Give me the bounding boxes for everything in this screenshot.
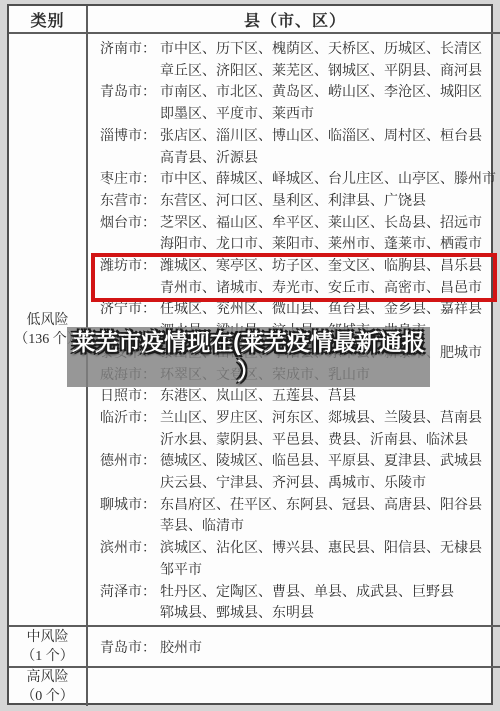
city-name: 德州市：	[100, 451, 160, 494]
city-row-heze: 菏泽市： 牡丹区、定陶区、曹县、单县、成武县、巨野县郓城县、鄄城县、东明县	[100, 582, 496, 625]
low-risk-label: 低风险	[27, 311, 69, 330]
district-line: 任城区、兖州区、微山县、鱼台县、金乡县、嘉祥县	[160, 299, 496, 321]
district-line: 章丘区、济阳区、莱芜区、钢城区、平阴县、商河县	[160, 61, 496, 83]
city-name: 枣庄市：	[100, 169, 160, 191]
city-name: 淄博市：	[100, 126, 160, 169]
district-line: 滨城区、沾化区、博兴县、惠民县、阳信县、无棣县	[160, 538, 496, 560]
district-line: 庆云县、宁津县、齐河县、禹城市、乐陵市	[160, 473, 496, 495]
city-row-zibo: 淄博市： 张店区、淄川区、博山区、临淄区、周村区、桓台县高青县、沂源县	[100, 126, 496, 169]
medium-risk-label: 中风险	[27, 628, 69, 647]
high-risk-label-cell: 高风险 （0 个）	[9, 668, 88, 706]
medium-risk-region-cell: 青岛市： 胶州市	[88, 627, 500, 668]
high-risk-label: 高风险	[27, 668, 69, 687]
district-line: 兰山区、罗庄区、河东区、郯城县、兰陵县、莒南县	[160, 408, 496, 430]
watermark-title-line1: 莱芜市疫情现在(莱芜疫情最新通报	[72, 328, 425, 357]
header-category: 类别	[9, 6, 88, 34]
medium-risk-label-cell: 中风险 （1 个）	[9, 627, 88, 668]
city-name: 临沂市：	[100, 408, 160, 451]
district-line: 高青县、沂源县	[160, 148, 496, 170]
header-category-label: 类别	[30, 8, 64, 31]
district-line: 东港区、岚山区、五莲县、莒县	[160, 386, 496, 408]
watermark-title-line2: ）	[237, 357, 260, 386]
high-risk-count: （0 个）	[21, 687, 74, 706]
medium-risk-count: （1 个）	[21, 647, 74, 666]
city-row-binzhou: 滨州市： 滨城区、沾化区、博兴县、惠民县、阳信县、无棣县邹平市	[100, 538, 496, 581]
city-row-dezhou: 德州市： 德城区、陵城区、临邑县、平原县、夏津县、武城县庆云县、宁津县、齐河县、…	[100, 451, 496, 494]
city-row-weifang-highlighted: 潍坊市： 潍城区、寒亭区、坊子区、奎文区、临朐县、昌乐县青州市、诸城市、寿光市、…	[94, 256, 494, 299]
city-name: 东营市：	[100, 191, 160, 213]
district-line: 潍城区、寒亭区、坊子区、奎文区、临朐县、昌乐县	[160, 256, 494, 278]
district-line: 莘县、临清市	[160, 516, 496, 538]
city-name: 烟台市：	[100, 213, 160, 256]
city-row-dongying: 东营市： 东营区、河口区、垦利区、利津县、广饶县	[100, 191, 496, 213]
district-line: 胶州市	[160, 637, 202, 657]
city-name: 日照市：	[100, 386, 160, 408]
city-row-zaozhuang: 枣庄市： 市中区、薛城区、峄城区、台儿庄区、山亭区、滕州市	[100, 169, 496, 191]
district-line: 市南区、市北区、黄岛区、崂山区、李沧区、城阳区	[160, 82, 496, 104]
high-risk-region-cell	[88, 668, 500, 706]
city-name: 滨州市：	[100, 538, 160, 581]
district-line: 市中区、薛城区、峄城区、台儿庄区、山亭区、滕州市	[160, 169, 496, 191]
district-line: 市中区、历下区、槐荫区、天桥区、历城区、长清区	[160, 39, 496, 61]
district-line: 沂水县、蒙阴县、平邑县、费县、沂南县、临沭县	[160, 430, 496, 452]
district-line: 芝罘区、福山区、牟平区、莱山区、长岛县、招远市	[160, 213, 496, 235]
city-name: 济南市：	[100, 39, 160, 82]
city-row-qingdao: 青岛市： 市南区、市北区、黄岛区、崂山区、李沧区、城阳区即墨区、平度市、莱西市	[100, 82, 496, 125]
district-line: 德城区、陵城区、临邑县、平原县、夏津县、武城县	[160, 451, 496, 473]
district-line: 东昌府区、茌平区、东阿县、冠县、高唐县、阳谷县	[160, 495, 496, 517]
city-row-jinan: 济南市： 市中区、历下区、槐荫区、天桥区、历城区、长清区章丘区、济阳区、莱芜区、…	[100, 39, 496, 82]
district-line: 郓城县、鄄城县、东明县	[160, 603, 496, 625]
city-row-yantai: 烟台市： 芝罘区、福山区、牟平区、莱山区、长岛县、招远市海阳市、龙口市、莱阳市、…	[100, 213, 496, 256]
city-name: 聊城市：	[100, 495, 160, 538]
header-region: 县（市、区）	[88, 6, 500, 34]
district-line: 牡丹区、定陶区、曹县、单县、成武县、巨野县	[160, 582, 496, 604]
district-line: 即墨区、平度市、莱西市	[160, 104, 496, 126]
header-region-label: 县（市、区）	[244, 8, 346, 31]
city-row-liaocheng: 聊城市： 东昌府区、茌平区、东阿县、冠县、高唐县、阳谷县莘县、临清市	[100, 495, 496, 538]
city-name: 潍坊市：	[100, 256, 160, 299]
watermark-overlay: 莱芜市疫情现在(莱芜疫情最新通报 ）	[67, 327, 430, 387]
district-line: 张店区、淄川区、博山区、临淄区、周村区、桓台县	[160, 126, 496, 148]
city-row-linyi: 临沂市： 兰山区、罗庄区、河东区、郯城县、兰陵县、莒南县沂水县、蒙阴县、平邑县、…	[100, 408, 496, 451]
city-name: 菏泽市：	[100, 582, 160, 625]
district-line: 海阳市、龙口市、莱阳市、莱州市、蓬莱市、栖霞市	[160, 234, 496, 256]
city-name: 青岛市：	[100, 82, 160, 125]
district-line: 邹平市	[160, 560, 496, 582]
city-name: 青岛市：	[100, 637, 160, 657]
district-line: 东营区、河口区、垦利区、利津县、广饶县	[160, 191, 496, 213]
district-line: 青州市、诸城市、寿光市、安丘市、高密市、昌邑市	[160, 278, 494, 300]
city-row-rizhao: 日照市： 东港区、岚山区、五莲县、莒县	[100, 386, 496, 408]
